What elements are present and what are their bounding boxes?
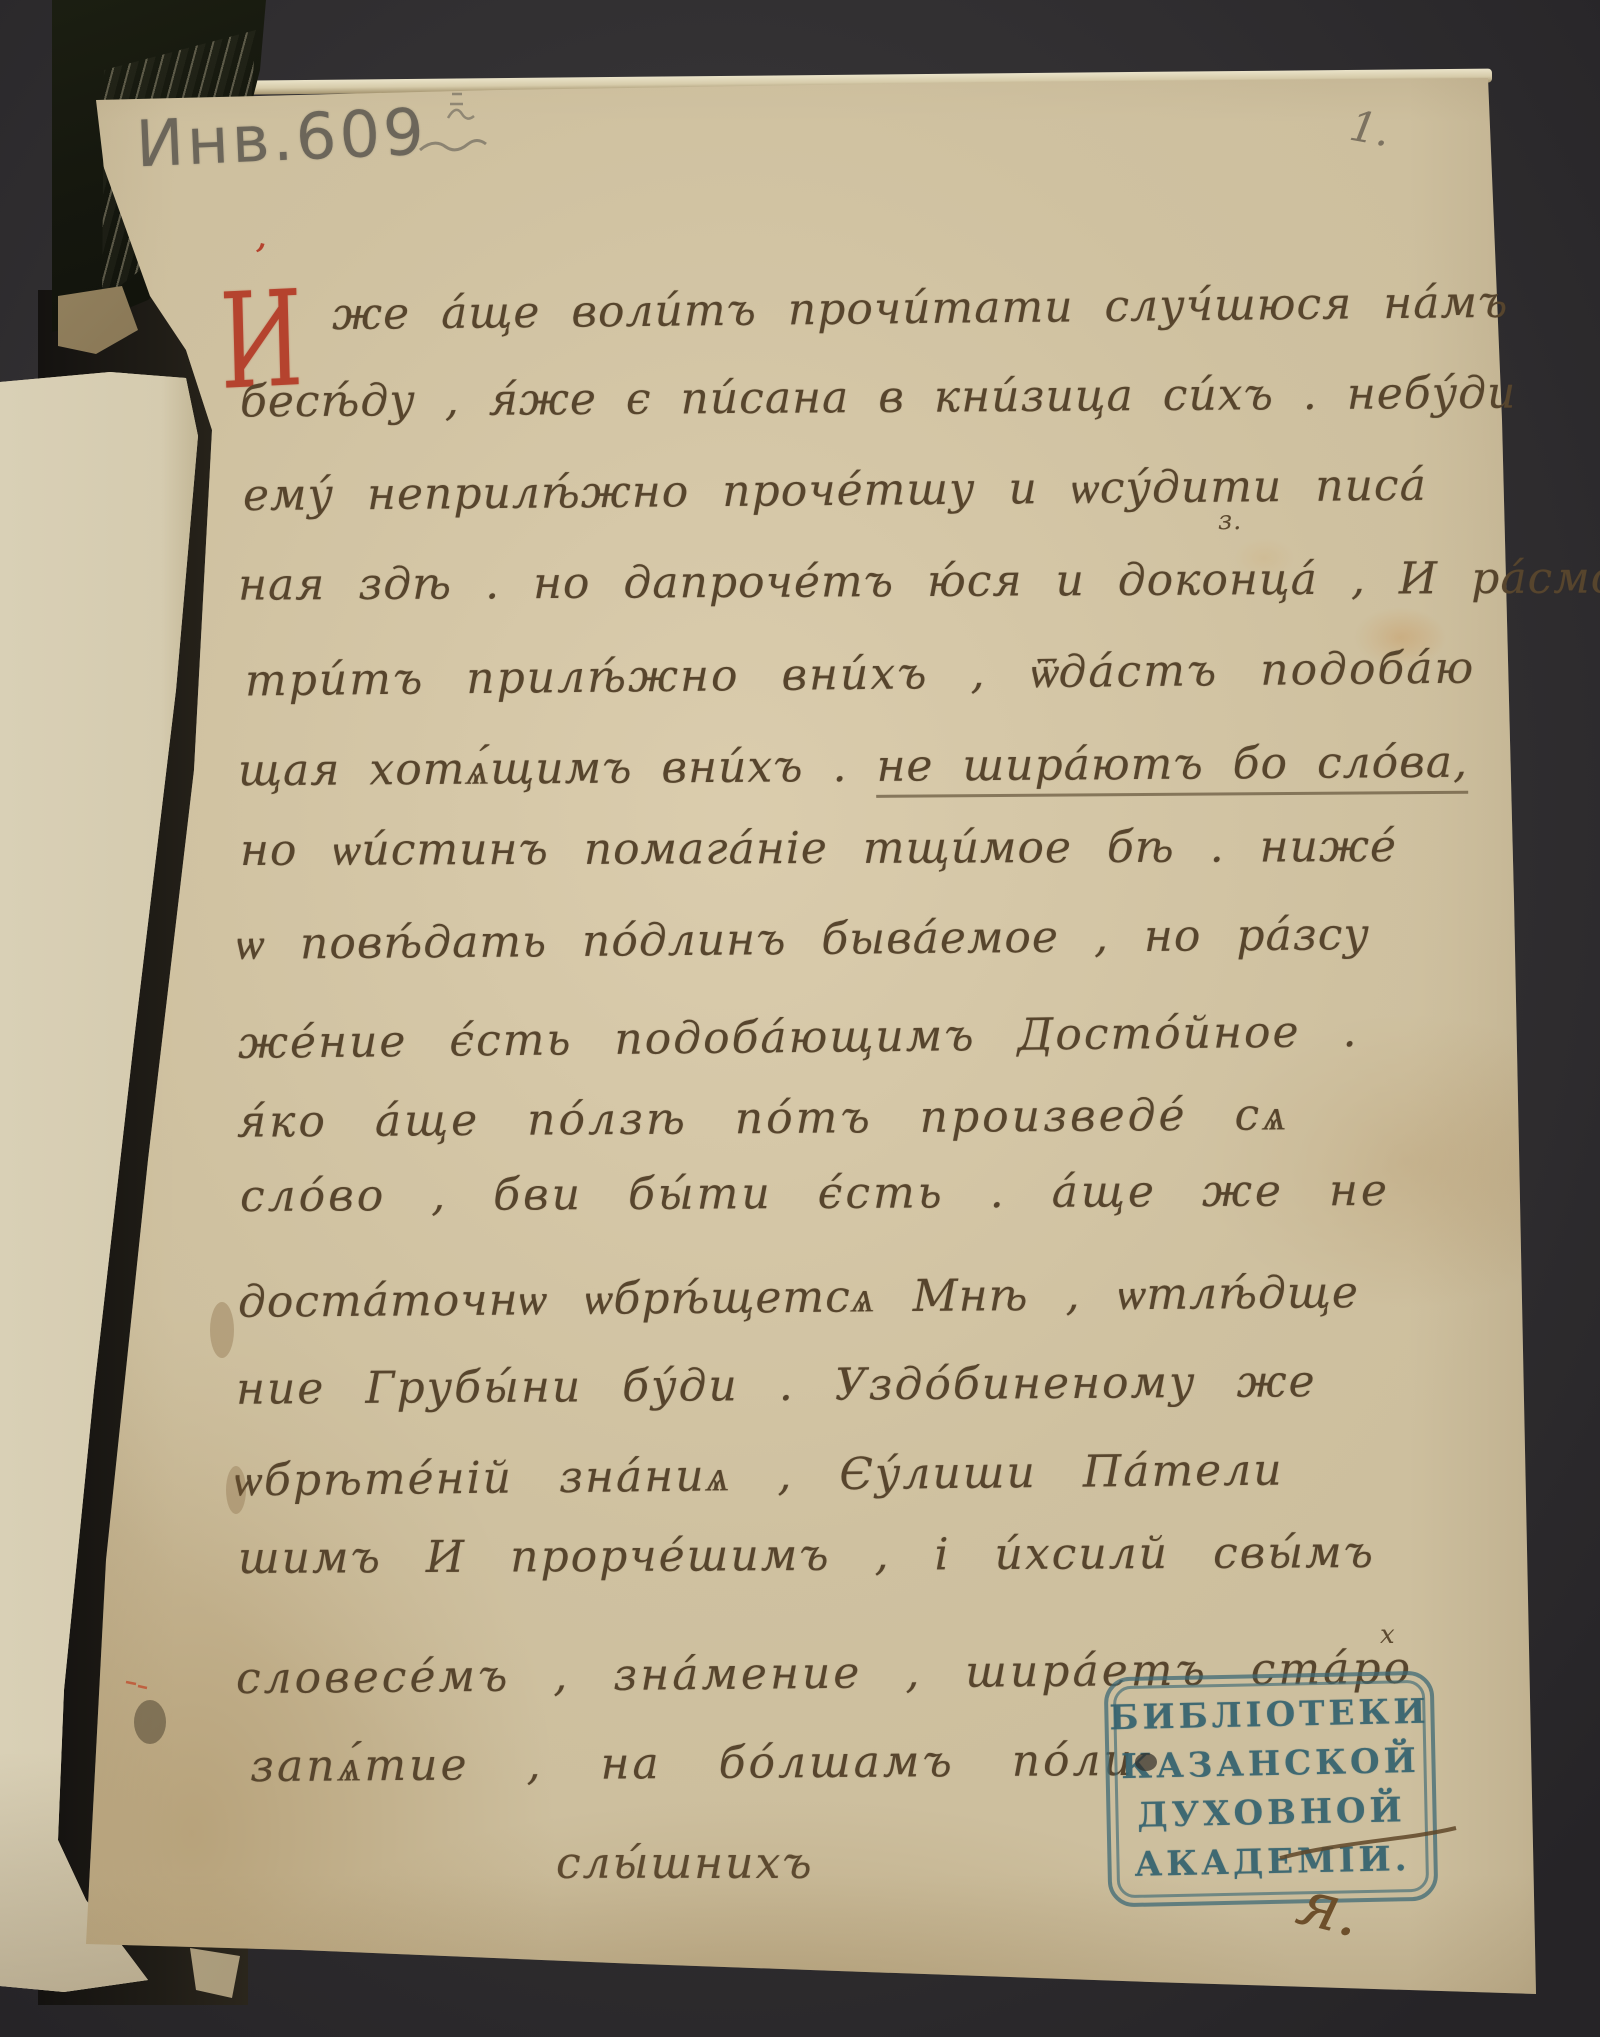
margin-smudge — [210, 1302, 234, 1358]
photographed-manuscript-page: { "page": { "inventory_mark": "Инв.609",… — [0, 0, 1600, 2037]
pencil-tick-marks — [448, 94, 474, 119]
ink-scribbles — [0, 0, 1600, 2037]
ink-stroke-over-stamp — [1280, 1828, 1456, 1858]
ink-blot — [1135, 1753, 1157, 1771]
ink-blot — [134, 1700, 166, 1744]
red-tick-marks — [126, 1682, 147, 1688]
pencil-squiggle — [420, 141, 486, 151]
margin-smudge — [226, 1466, 246, 1514]
